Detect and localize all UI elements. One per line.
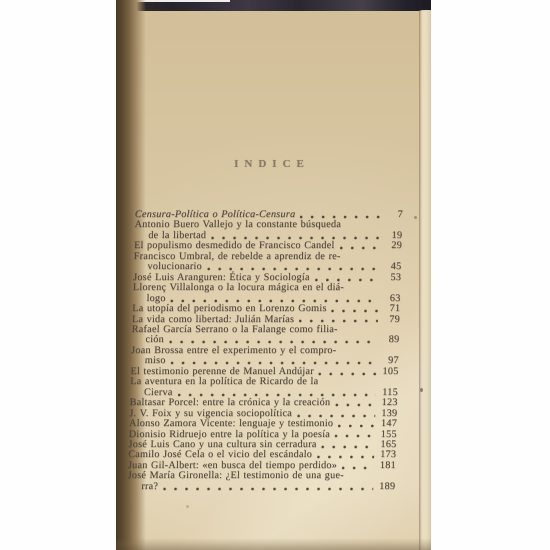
page-title: INDICE — [135, 157, 403, 171]
page-edge-stack — [419, 10, 431, 550]
toc-entry-text: José María Gironella: ¿El testimonio de … — [127, 471, 344, 481]
paper-speck — [420, 388, 423, 392]
toc-page-number: 53 — [383, 273, 401, 283]
toc-page-number: 7 — [385, 210, 403, 220]
toc-dot-leader — [169, 340, 378, 344]
table-of-contents: Censura-Política o Política-Censura 7 An… — [127, 210, 403, 492]
book-photo: INDICE Censura-Política o Política-Censu… — [116, 0, 431, 550]
paper-speck — [414, 216, 417, 219]
toc-line: Llorenç Villalonga o la locura mágica en… — [133, 283, 401, 293]
toc-dot-leader — [315, 278, 380, 282]
toc-dot-leader — [319, 372, 377, 376]
toc-dot-leader — [171, 299, 379, 303]
toc-dot-leader — [177, 393, 375, 397]
toc-dot-leader — [211, 236, 380, 240]
scan-background: INDICE Censura-Política o Política-Censu… — [0, 0, 550, 550]
toc-page-number: 71 — [382, 304, 400, 314]
toc-page-number: 89 — [381, 335, 399, 345]
toc-dot-leader — [170, 361, 376, 365]
toc-entry-text: rra? — [127, 482, 158, 492]
toc-page-number: 79 — [382, 315, 400, 325]
toc-line: José María Gironella: ¿El testimonio de … — [127, 471, 395, 481]
toc-entry-text: Alonso Zamora Vicente: lenguaje y testim… — [129, 419, 333, 429]
bottom-page-shadow — [116, 538, 431, 550]
toc-dot-leader — [335, 403, 375, 407]
toc-page-number: 29 — [384, 241, 402, 251]
toc-line: Joan Brossa entre el experimento y el co… — [131, 346, 399, 356]
toc-line: Rafael García Serrano o la Falange como … — [131, 325, 399, 335]
toc-dot-leader — [317, 455, 374, 459]
toc-dot-leader — [339, 246, 380, 250]
toc-page-number: 189 — [377, 482, 395, 492]
toc-dot-leader — [335, 434, 375, 438]
toc-line: rra? 189 — [127, 482, 395, 492]
toc-lines: Censura-Política o Política-Censura 7 An… — [127, 210, 403, 492]
toc-dot-leader — [331, 309, 378, 313]
toc-dot-leader — [321, 445, 374, 449]
toc-dot-leader — [163, 487, 373, 491]
toc-page-number: 147 — [379, 419, 397, 429]
toc-dot-leader — [338, 424, 375, 428]
toc-dot-leader — [207, 267, 380, 271]
toc-dot-leader — [297, 414, 375, 418]
toc-page-number: 181 — [378, 461, 396, 471]
toc-dot-leader — [300, 215, 381, 219]
toc-dot-leader — [299, 319, 378, 323]
paper-speck — [186, 505, 189, 508]
toc-line: Alonso Zamora Vicente: lenguaje y testim… — [129, 419, 397, 429]
toc-line: La utopía del periodismo en Lorenzo Gomi… — [132, 304, 400, 314]
toc-dot-leader — [342, 466, 374, 470]
toc-entry-text: La utopía del periodismo en Lorenzo Gomi… — [132, 304, 327, 314]
toc-page-number: 105 — [380, 367, 398, 377]
